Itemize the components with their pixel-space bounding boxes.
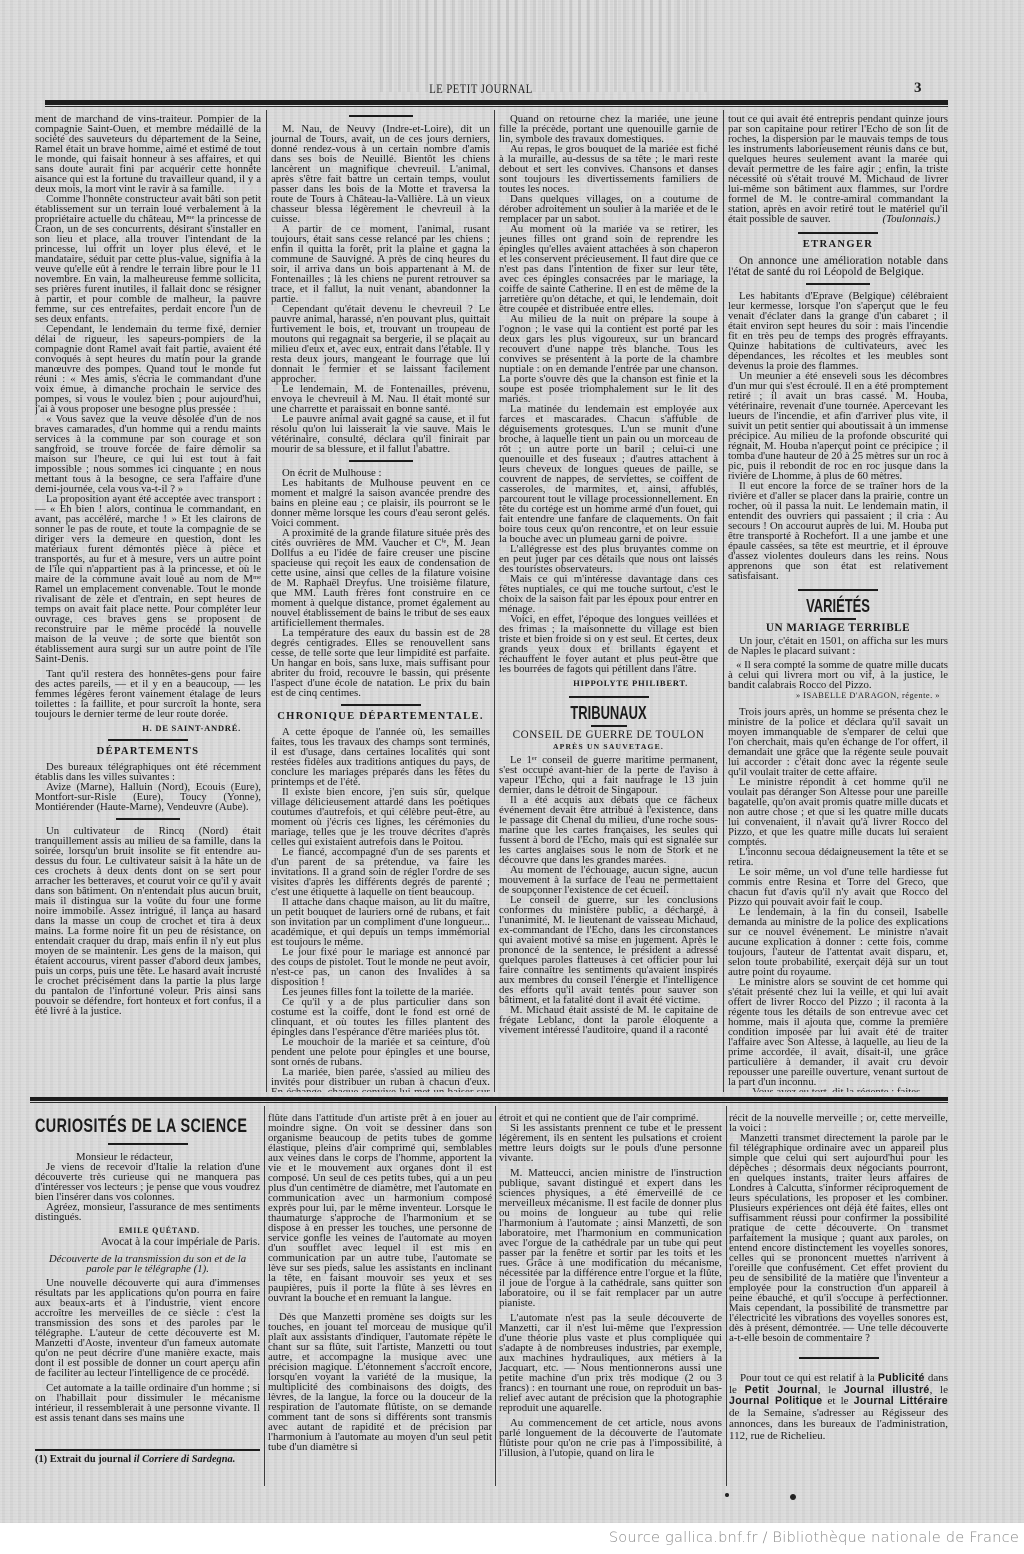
article-paragraph: Dans quelques villages, on a coutume de … [499,194,718,224]
article-paragraph: Le ministre répondit à cet homme qu'il n… [728,777,948,847]
scan-speck [790,1494,796,1500]
article-paragraph: Au milieu de la nuit on prépare la soupe… [499,314,718,404]
item-separator [349,460,413,462]
section-heading-chronique: CHRONIQUE DÉPARTEMENTALE. [271,712,490,722]
article-signature: HIPPOLYTE PHILIBERT. [499,678,718,688]
article-paragraph: ment de marchand de vins-traiteur. Pompi… [35,114,261,194]
article-paragraph: — Vous avez eu tort, dit la régente ; fa… [728,1087,948,1092]
item-separator [349,115,413,117]
article-paragraph: tout ce qui avait été entrepris pendant … [728,114,948,224]
notice-emphasis: Publicité [878,1372,925,1384]
item-separator [116,818,180,820]
article-paragraph: Le lendemain, M. de Fontenailles, préven… [271,384,490,414]
article-paragraph: A proximité de la grande filature située… [271,528,490,628]
column-divider [494,110,495,1092]
article-paragraph: La mariée, bien parée, s'assied au milie… [271,1067,490,1092]
section-rule [341,704,421,706]
section-rule [108,1143,188,1145]
section-heading-departements: DÉPARTEMENTS [35,747,261,757]
article-paragraph: Au moment de l'échouage, aucun signe, au… [499,865,718,895]
article-subtitle: APRÈS UN SAUVETAGE. [499,742,718,752]
scan-speck [725,1493,729,1497]
notice-text: , le [818,1384,844,1396]
article-paragraph: Le lendemain, à la fin du conseil, Isabe… [728,907,948,977]
article-paragraph: récit de la nouvelle merveille ; or, cet… [729,1113,948,1133]
article-paragraph: Des bureaux télégraphiques ont été récem… [35,762,261,782]
letter-paragraph: Je viens de recevoir d'Italie la relatio… [35,1162,260,1202]
article-paragraph: M. Michaud était assisté de M. le capita… [499,1005,718,1035]
item-separator [591,725,627,727]
article-paragraph: Les habitants d'Eprave (Belgique) célébr… [728,291,948,371]
article-paragraph: Tant qu'il restera des honnêtes-gens pou… [35,669,261,719]
section-rule [108,739,188,741]
article-paragraph: Cependant qu'était devenu le chevreuil ?… [271,304,490,384]
column-top-3: Quand on retourne chez la mariée, une je… [499,114,718,1092]
article-subtitle: Découverte de la transmission du son et … [41,1254,254,1274]
footnote-source: il Corriere di Sardegna. [134,1454,236,1465]
section-heading-etranger: ETRANGER [728,240,948,250]
article-paragraph: Comme l'honnête constructeur avait bâti … [35,194,261,324]
notice-emphasis: Journal Littéraire [854,1395,948,1407]
notice-emphasis: Petit Journal [745,1384,818,1396]
article-paragraph: Le 1ᵉʳ conseil de guerre maritime perman… [499,755,718,795]
article-paragraph: Dès que Manzetti promène ses doigts sur … [268,1312,492,1452]
column-bottom-3: étroit et qui ne contient que de l'air c… [499,1113,722,1489]
header-rule [45,100,948,107]
article-paragraph: A partir de ce moment, l'animal, rusant … [271,224,490,304]
article-title: UN MARIAGE TERRIBLE [728,623,948,633]
article-paragraph: Cependant, le lendemain du terme fixé, d… [35,324,261,414]
item-separator [820,618,856,620]
footnote: (1) Extrait du journal il Corriere di Sa… [35,1449,260,1465]
article-paragraph: Avize (Marne), Halluin (Nord), Ecouis (E… [35,782,261,812]
article-paragraph: Le jour fixé pour le mariage est annoncé… [271,947,490,987]
article-paragraph: flûte dans l'attitude d'un artiste prêt … [268,1113,492,1303]
column-top-4: tout ce qui avait été entrepris pendant … [728,114,948,1092]
article-paragraph: Voici, en effet, l'époque des longues ve… [499,614,718,674]
article-paragraph: Au moment où la mariée va se retirer, le… [499,224,718,314]
article-paragraph: L'automate n'est pas la seule découverte… [499,1313,722,1413]
article-paragraph: « Vous savez que la veuve désolée d'un d… [35,414,261,494]
article-paragraph: Quand on retourne chez la mariée, une je… [499,114,718,144]
article-paragraph: Un meunier a été enseveli sous les décom… [728,371,948,481]
article-paragraph: Il attache dans chaque maison, au lit du… [271,897,490,947]
column-divider [266,110,267,1092]
column-bottom-1: CURIOSITÉS DE LA SCIENCE Monsieur le réd… [35,1108,260,1448]
placard-signature: » ISABELLE D'ARAGON, régente. » [728,691,948,701]
article-paragraph: Manzetti transmet directement la parole … [729,1133,948,1343]
letter-signature-title: Avocat à la cour impériale de Paris. [35,1237,260,1247]
article-paragraph: La température des eaux du bassin est de… [271,628,490,698]
article-paragraph: Il existe bien encore, j'en suis sûr, qu… [271,787,490,847]
notice-text: , le [930,1384,948,1396]
article-paragraph: Le soir même, un vol d'une telle hardies… [728,867,948,907]
section-rule [798,589,878,591]
footnote-text: (1) Extrait du journal [35,1454,134,1465]
article-paragraph: Le fiancé, accompagné d'un de ses parent… [271,847,490,897]
running-head: LE PETIT JOURNAL [396,82,566,97]
article-paragraph: Le pauvre animal avait gagné sa cause, e… [271,414,490,454]
article-paragraph: La proposition ayant été acceptée avec t… [35,494,261,664]
article-paragraph: Le conseil de guerre, sur les conclusion… [499,895,718,1005]
scan-texture [380,0,710,92]
column-top-2: M. Nau, de Neuvy (Indre-et-Loire), dit u… [271,112,490,1092]
article-paragraph: L'inconnu secoua dédaigneusement la tête… [728,847,948,867]
article-paragraph: Le ministre alors se souvint de cet homm… [728,977,948,1087]
article-signature: H. DE SAINT-ANDRÉ. [35,723,261,733]
notice-text: Pour tout ce qui est relatif à la [740,1372,878,1384]
column-top-1: ment de marchand de vins-traiteur. Pompi… [35,114,261,1092]
article-paragraph: Le mouchoir de la mariée et sa ceinture,… [271,1037,490,1067]
article-paragraph: La matinée du lendemain est employée aux… [499,404,718,544]
column-divider [495,1106,496,1486]
letter-signature: EMILE QUÉTAND. [35,1226,260,1236]
letter-paragraph: Agréez, monsieur, l'assurance de mes sen… [35,1202,260,1222]
notice-text: et le [822,1395,853,1407]
notice-emphasis: Journal Politique [729,1395,822,1407]
section-rule [569,696,649,698]
column-bottom-2: flûte dans l'attitude d'un artiste prêt … [268,1113,492,1489]
article-paragraph: Si les assistants prennent ce tube et le… [499,1123,722,1163]
article-paragraph: On annonce une amélioration notable dans… [728,255,948,277]
section-rule [798,232,878,234]
page-number: 3 [914,80,922,97]
article-paragraph: Ce qu'il y a de plus particulier dans so… [271,997,490,1037]
source-attribution: Source gallica.bnf.fr / Bibliothèque nat… [609,1529,1019,1546]
feuilleton-title: CURIOSITÉS DE LA SCIENCE [35,1116,206,1138]
article-paragraph: Il a été acquis aux débats que ce fâcheu… [499,795,718,865]
article-paragraph: Mais ce qui m'intéresse davantage dans c… [499,574,718,614]
article-paragraph: Un jour, c'était en 1501, on afficha sur… [728,636,948,656]
article-paragraph: Les habitants de Mulhouse peuvent en ce … [271,478,490,528]
feuilleton-separator-rule [30,1097,948,1103]
column-bottom-4: récit de la nouvelle merveille ; or, cet… [729,1113,948,1489]
item-separator [806,283,870,285]
placard-quote: « Il sera compté la somme de quatre mill… [728,660,948,690]
article-paragraph: A cette époque de l'année où, les semail… [271,727,490,787]
column-divider [726,1106,727,1486]
section-rule [799,1357,879,1359]
notice-text: de la Semaine, s'adresser au Régisseur d… [729,1407,948,1442]
article-paragraph: Un cultivateur de Rincq (Nord) était tra… [35,826,261,1016]
article-paragraph: Il eut encore la force de se traîner hor… [728,481,948,581]
section-heading-varietes: VARIÉTÉS [759,597,917,616]
article-paragraph: Au repas, le gros bouquet de la mariée e… [499,144,718,194]
advertising-notice: Pour tout ce qui est relatif à la Public… [729,1373,948,1442]
article-paragraph: Au commencement de cet article, nous avo… [499,1418,722,1458]
section-heading-tribunaux: TRIBUNAUX [530,704,688,723]
article-paragraph: Une nouvelle découverte qui aura d'immen… [35,1278,260,1378]
article-paragraph: L'allégresse est des plus bruyantes comm… [499,544,718,574]
article-paragraph: Trois jours après, un homme se présenta … [728,707,948,777]
article-paragraph: M. Nau, de Neuvy (Indre-et-Loire), dit u… [271,124,490,224]
article-paragraph: Cet automate a la taille ordinaire d'un … [35,1383,260,1423]
notice-emphasis: Journal illustré [844,1384,930,1396]
article-paragraph: M. Matteucci, ancien ministre de l'instr… [499,1168,722,1308]
article-title: CONSEIL DE GUERRE DE TOULON [499,730,718,740]
column-divider [723,110,724,1092]
column-divider [264,1106,265,1486]
